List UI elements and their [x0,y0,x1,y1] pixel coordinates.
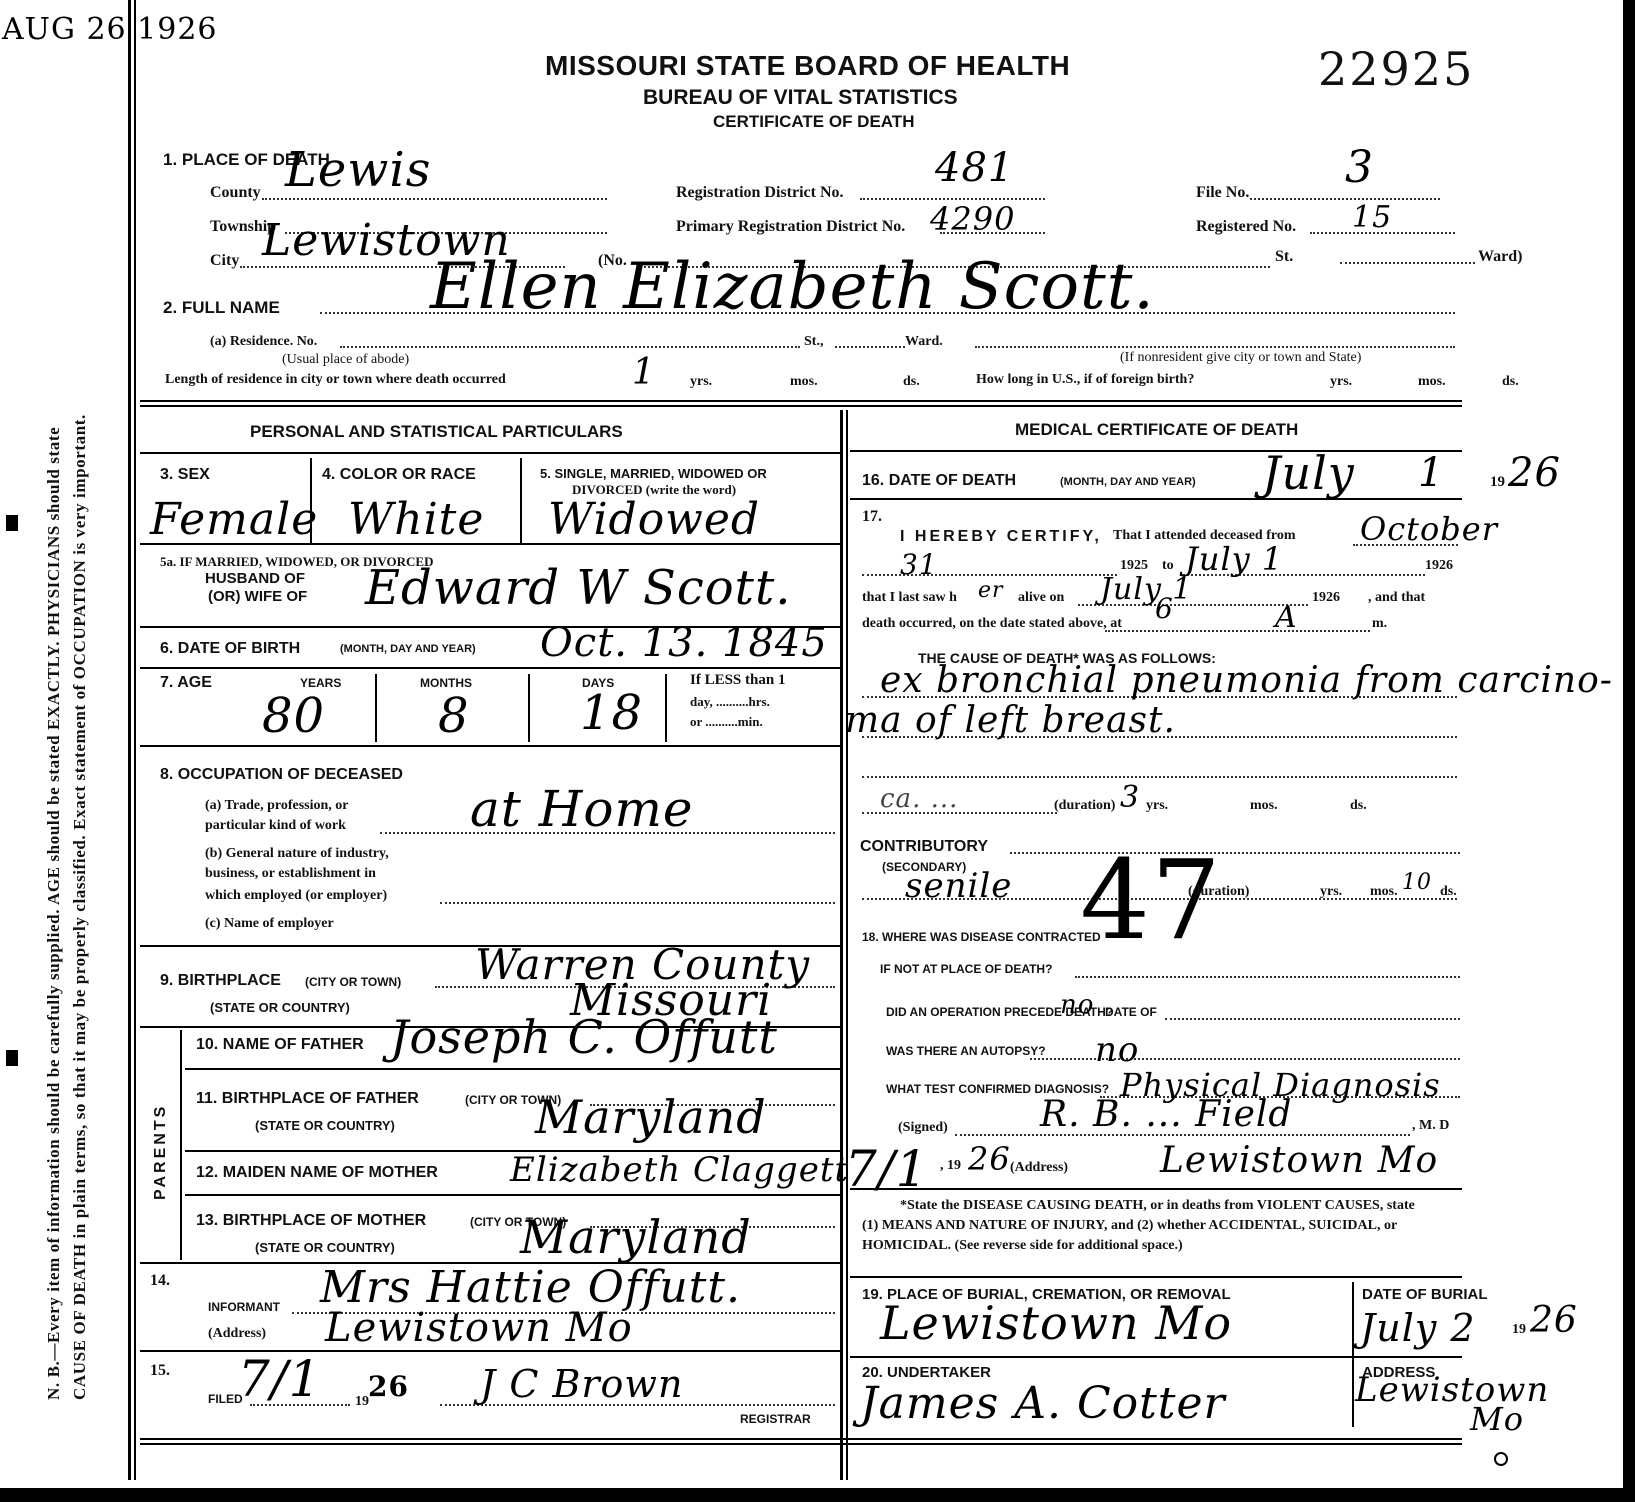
abode-label: (Usual place of abode) [282,352,409,368]
rule [140,667,840,669]
registrar-value: J C Brown [480,1362,683,1406]
industry-field[interactable] [440,902,835,904]
rule [185,1194,840,1196]
filed-date-value: 7/1 [238,1350,321,1408]
dod-year-value: 26 [1508,450,1561,496]
occ-b-1: (b) General nature of industry, [205,846,389,862]
right-page-edge [1623,0,1635,1502]
burial-place-value: Lewistown Mo [880,1296,1232,1350]
length-mos-label: mos. [790,374,818,390]
dob-sub: (MONTH, DAY AND YEAR) [340,643,476,655]
father-bp-label: 11. BIRTHPLACE OF FATHER [196,1090,419,1108]
burial-date-value: July 2 [1360,1306,1476,1350]
contrib-duration-label: (duration) [1188,884,1249,900]
burial-year-prefix: 19 [1512,1322,1526,1338]
residence-st-label: St., [804,334,823,350]
cell-divider [1352,1282,1354,1427]
and-that-label: , and that [1368,590,1425,606]
ward-field[interactable] [1340,262,1475,264]
primary-reg-value: 4290 [930,200,1015,238]
less-label-2: day, ..........hrs. [690,694,770,710]
father-label: 10. NAME OF FATHER [196,1036,364,1054]
race-value: White [348,494,484,545]
burial-date-label: DATE OF BURIAL [1362,1286,1488,1303]
file-no-value: 3 [1345,142,1374,193]
file-no-field[interactable] [1250,198,1440,200]
where-contracted-field[interactable] [1075,976,1460,978]
parents-label: PARENTS [152,1104,170,1200]
cell-divider [665,674,667,742]
death-ampm: A [1275,600,1298,635]
occupation-value: at Home [470,780,694,838]
dod-day-value: 1 [1418,450,1444,496]
informant-address-label: (Address) [208,1326,266,1342]
rule [140,543,840,545]
duration-yrs-value: 3 [1120,780,1140,815]
occ-b-3: which employed (or employer) [205,888,387,904]
spouse-value: Edward W Scott. [365,560,792,616]
primary-reg-label: Primary Registration District No. [676,218,905,236]
physician-address-label: (Address) [1010,1160,1068,1176]
contributory-label: CONTRIBUTORY [860,838,988,856]
mother-bp-label: 13. BIRTHPLACE OF MOTHER [196,1212,426,1230]
sex-value: Female [150,494,318,545]
spouse-label-3: (OR) WIFE OF [208,588,307,605]
rule [850,1188,1462,1190]
occ-c: (c) Name of employer [205,916,334,932]
rule [140,452,840,454]
item-17-num: 17. [862,508,882,526]
duration-label: (duration) [1054,798,1115,814]
medical-heading: MEDICAL CERTIFICATE OF DEATH [1015,420,1298,440]
last-saw-pronoun: er [978,578,1004,603]
footnote-3: HOMICIDAL. (See reverse side for additio… [862,1238,1183,1254]
death-hour: 6 [1155,592,1174,625]
birthplace-label: 9. BIRTHPLACE [160,972,281,990]
marital-label: 5. SINGLE, MARRIED, WIDOWED OR [540,466,767,481]
mother-state-label: (STATE OR COUNTRY) [255,1240,395,1255]
bottom-page-edge [0,1488,1635,1502]
certificate-number: 22925 [1318,42,1474,96]
spouse-label-2: HUSBAND OF [205,570,305,587]
contrib-yrs-label: yrs. [1320,884,1342,900]
nonresident-field[interactable] [975,346,1455,348]
nonresident-label: (If nonresident give city or town and St… [1120,350,1361,366]
foreign-label: How long in U.S., if of foreign birth? [976,372,1194,388]
residence-ward-field[interactable] [835,346,905,348]
father-value: Joseph C. Offutt [390,1010,778,1064]
death-at-label: death occurred, on the date stated above… [862,616,1122,632]
foreign-mos-label: mos. [1418,374,1446,390]
personal-heading: PERSONAL AND STATISTICAL PARTICULARS [250,422,623,442]
attended-to-date: July 1 [1185,540,1283,578]
side-marker [6,1050,18,1066]
length-yrs-label: yrs. [690,374,712,390]
age-label: 7. AGE [160,674,212,692]
alive-on-value: July 1 [1100,572,1193,607]
alive-year: 1926 [1312,590,1340,606]
dod-sub: (MONTH, DAY AND YEAR) [1060,476,1196,488]
length-residence-yrs: 1 [632,352,656,393]
dod-label: 16. DATE OF DEATH [862,472,1016,490]
cause-value-1: ex bronchial pneumonia from carcino- [880,660,1613,701]
left-margin-rule-inner [134,0,136,1480]
cause-value-3: ca. ... [880,784,958,814]
alive-on-label: alive on [1018,590,1064,606]
duration-mos-label: mos. [1250,798,1278,814]
contrib-mos-label: mos. [1370,884,1398,900]
cause-value-2: ma of left breast. [845,700,1176,741]
occ-a-2: particular kind of work [205,818,346,834]
contributory-field[interactable] [1010,852,1460,854]
left-margin-rule [128,0,131,1480]
filed-num: 15. [150,1362,170,1380]
m-label: m. [1372,616,1387,632]
attended-from-month: October [1360,510,1498,548]
operation-date-field[interactable] [1165,1018,1460,1020]
county-field[interactable] [262,198,607,200]
parents-divider [180,1030,182,1260]
contrib-ds-label: ds. [1440,884,1457,900]
dob-value: Oct. 13. 1845 [540,620,828,666]
dod-month-value: July [1262,446,1355,500]
sex-label: 3. SEX [160,466,210,484]
if-not-label: IF NOT AT PLACE OF DEATH? [880,962,1052,976]
residence-label: (a) Residence. No. [210,334,317,350]
death-time-field[interactable] [1105,630,1370,632]
contributory-value: senile [905,866,1012,906]
undertaker-value: James A. Cotter [860,1378,1226,1429]
file-no-label: File No. [1196,184,1249,202]
registered-no-value: 15 [1352,200,1392,235]
race-label: 4. COLOR OR RACE [322,466,476,484]
bottom-rule [140,1438,1462,1440]
received-stamp: AUG 26 1926 [2,12,218,47]
rule [185,1068,840,1070]
cell-divider [520,458,522,543]
side-note-line2: CAUSE OF DEATH in plain terms, so that i… [70,414,90,1400]
occupation-label: 8. OCCUPATION OF DECEASED [160,766,403,784]
residence-ward-label: Ward. [905,334,943,350]
mother-state-value: Maryland [520,1210,752,1264]
page-mark [1494,1452,1508,1466]
father-state-value: Maryland [535,1090,767,1144]
residence-no-field[interactable] [340,346,800,348]
rule [140,745,840,747]
age-years-value: 80 [262,688,325,744]
birthplace-state-label: (STATE OR COUNTRY) [210,1000,350,1015]
occ-a-1: (a) Trade, profession, or [205,798,349,814]
ward-label: Ward) [1478,248,1522,266]
footnote-2: (1) MEANS AND NATURE OF INJURY, and (2) … [862,1218,1397,1234]
physician-signature: R. B. ... Field [1040,1094,1292,1135]
age-months-value: 8 [438,688,470,744]
full-name-label: 2. FULL NAME [163,298,280,318]
contrib-mos-value: 10 [1402,870,1432,895]
sign-year-prefix: , 19 [940,1158,961,1174]
mother-value: Elizabeth Claggett [510,1150,849,1190]
father-state-label: (STATE OR COUNTRY) [255,1118,395,1133]
autopsy-value: no [1095,1030,1139,1070]
rule [850,450,1462,452]
footnote-1: *State the DISEASE CAUSING DEATH, or in … [900,1198,1415,1214]
sign-year-value: 26 [968,1140,1011,1178]
column-divider [846,410,848,1480]
cell-divider [375,674,377,742]
undertaker-address-2: Mo [1470,1400,1524,1438]
date-of-label: DATE OF [1105,1005,1157,1019]
duration-yrs-label: yrs. [1146,798,1168,814]
less-label-3: or ..........min. [690,714,763,730]
informant-address-value: Lewistown Mo [325,1305,633,1351]
side-note-line1: N. B.—Every item of information should b… [44,427,64,1400]
cell-divider [528,674,530,742]
registrar-label: REGISTRAR [740,1412,811,1426]
page-title: MISSOURI STATE BOARD OF HEALTH [545,50,1070,82]
column-divider [840,410,843,1480]
county-value: Lewis [285,142,431,198]
informant-num: 14. [150,1272,170,1290]
length-ds-label: ds. [903,374,920,390]
rule [850,498,1462,500]
mother-label: 12. MAIDEN NAME OF MOTHER [196,1164,438,1182]
rule [850,1276,1462,1278]
marital-value: Widowed [548,494,760,545]
cause-line-3[interactable] [862,776,1457,778]
page-subtitle: BUREAU OF VITAL STATISTICS [643,86,958,110]
birthplace-sub: (CITY OR TOWN) [305,975,401,989]
informant-label: INFORMANT [208,1300,280,1314]
filed-year-prefix: 19 [355,1394,369,1410]
operation-value: no [1060,990,1094,1020]
less-label-1: If LESS than 1 [690,672,785,689]
age-days-value: 18 [580,685,643,741]
reg-district-value: 481 [935,145,1014,191]
city-label: City [210,252,239,270]
md-label: , M. D [1412,1118,1449,1134]
burial-year-value: 26 [1530,1300,1578,1341]
physician-address-value: Lewistown Mo [1160,1140,1438,1181]
occ-b-2: business, or establishment in [205,866,376,882]
street-label: St. [1275,248,1293,266]
dob-label: 6. DATE OF BIRTH [160,640,300,658]
bottom-rule [140,1443,1462,1445]
duration-ds-label: ds. [1350,798,1367,814]
overmark-number: 47 [1080,836,1222,964]
section-divider [140,405,1462,407]
certify-label: I HEREBY CERTIFY, [900,528,1102,546]
side-marker [6,515,18,531]
section-divider [140,400,1462,402]
full-name-value: Ellen Elizabeth Scott. [430,250,1155,324]
attended-to-year: 1926 [1425,558,1453,574]
registered-no-label: Registered No. [1196,218,1296,236]
form-title: CERTIFICATE OF DEATH [713,112,914,132]
attended-from-day: 31 [900,548,938,581]
filed-year-value: 26 [368,1370,409,1403]
length-residence-label: Length of residence in city or town wher… [165,372,506,388]
rule [850,1356,1462,1358]
foreign-ds-label: ds. [1502,374,1519,390]
autopsy-label: WAS THERE AN AUTOPSY? [886,1044,1046,1058]
signed-label: (Signed) [898,1120,948,1136]
county-label: County [210,184,261,202]
dod-year-prefix: 19 [1490,474,1505,491]
where-contracted-label: 18. WHERE WAS DISEASE CONTRACTED [862,930,1101,944]
last-saw-label: that I last saw h [862,590,957,606]
foreign-yrs-label: yrs. [1330,374,1352,390]
reg-district-label: Registration District No. [676,184,844,202]
